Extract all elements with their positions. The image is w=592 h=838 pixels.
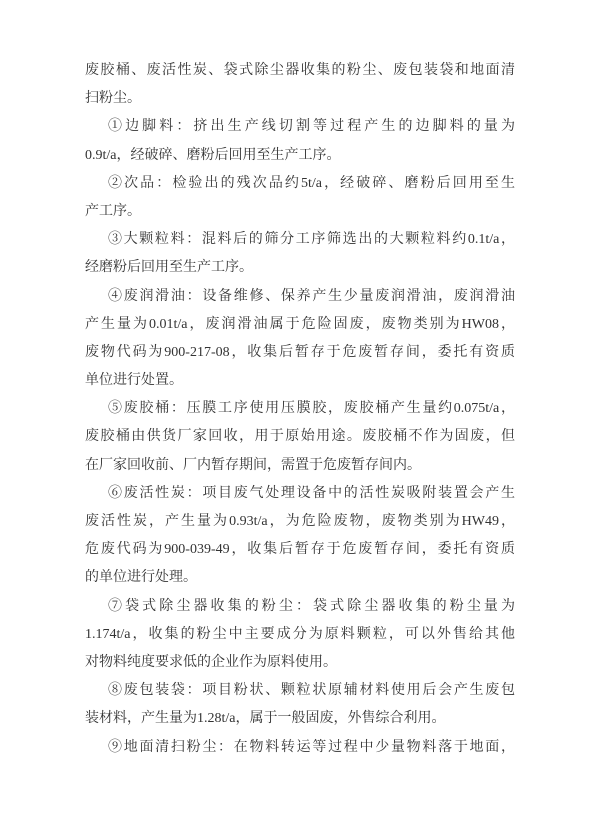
text-line: 废物代码为900-217-08，收集后暂存于危废暂存间，委托有资质 — [85, 339, 515, 367]
text-line: 经磨粉后回用至生产工序。 — [85, 254, 515, 282]
text-line: 单位进行处置。 — [85, 367, 515, 395]
text-line: 产工序。 — [85, 198, 515, 226]
text-line: 产生量为0.01t/a，废润滑油属于危险固废，废物类别为HW08， — [85, 311, 515, 339]
text-line: ⑥废活性炭：项目废气处理设备中的活性炭吸附装置会产生 — [85, 480, 515, 508]
text-line: ⑤废胶桶：压膜工序使用压膜胶，废胶桶产生量约0.075t/a， — [85, 395, 515, 423]
document-page: 废胶桶、废活性炭、袋式除尘器收集的粉尘、废包装袋和地面清扫粉尘。①边脚料：挤出生… — [0, 0, 592, 838]
text-line: 废活性炭，产生量为0.93t/a，为危险废物，废物类别为HW49， — [85, 508, 515, 536]
text-line: 对物料纯度要求低的企业作为原料使用。 — [85, 649, 515, 677]
text-line: ⑨地面清扫粉尘：在物料转运等过程中少量物料落于地面， — [85, 734, 515, 762]
text-line: ④废润滑油：设备维修、保养产生少量废润滑油，废润滑油 — [85, 283, 515, 311]
text-line: 废胶桶由供货厂家回收，用于原始用途。废胶桶不作为固废，但 — [85, 423, 515, 451]
text-line: 扫粉尘。 — [85, 85, 515, 113]
text-line: ③大颗粒料：混料后的筛分工序筛选出的大颗粒料约0.1t/a， — [85, 226, 515, 254]
text-line: 的单位进行处理。 — [85, 564, 515, 592]
document-text-body: 废胶桶、废活性炭、袋式除尘器收集的粉尘、废包装袋和地面清扫粉尘。①边脚料：挤出生… — [85, 57, 515, 762]
text-line: 0.9t/a，经破碎、磨粉后回用至生产工序。 — [85, 142, 515, 170]
text-line: 1.174t/a，收集的粉尘中主要成分为原料颗粒，可以外售给其他 — [85, 621, 515, 649]
text-line: ②次品：检验出的残次品约5t/a，经破碎、磨粉后回用至生 — [85, 170, 515, 198]
text-line: ①边脚料：挤出生产线切割等过程产生的边脚料的量为 — [85, 113, 515, 141]
text-line: 废胶桶、废活性炭、袋式除尘器收集的粉尘、废包装袋和地面清 — [85, 57, 515, 85]
text-line: ⑧废包装袋：项目粉状、颗粒状原辅材料使用后会产生废包 — [85, 677, 515, 705]
text-line: 危废代码为900-039-49，收集后暂存于危废暂存间，委托有资质 — [85, 536, 515, 564]
text-line: 装材料，产生量为1.28t/a，属于一般固废，外售综合利用。 — [85, 705, 515, 733]
text-line: ⑦袋式除尘器收集的粉尘：袋式除尘器收集的粉尘量为 — [85, 593, 515, 621]
text-line: 在厂家回收前、厂内暂存期间，需置于危废暂存间内。 — [85, 452, 515, 480]
